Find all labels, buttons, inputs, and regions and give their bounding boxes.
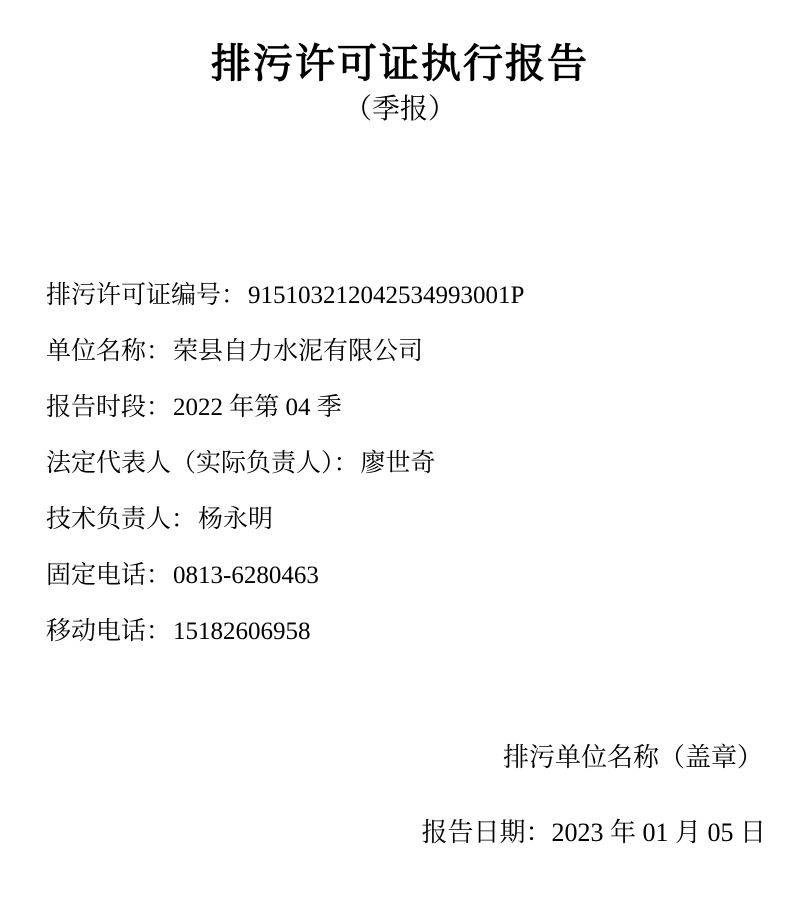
landline-phone-value: 0813-6280463 — [173, 562, 319, 589]
field-row-mobile-phone: 移动电话：15182606958 — [46, 604, 760, 660]
landline-phone-label: 固定电话： — [46, 562, 171, 589]
company-name-label: 单位名称： — [46, 338, 171, 365]
permit-number-value: 915103212042534993001P — [248, 282, 524, 309]
report-date-label: 报告日期： — [421, 818, 551, 847]
company-name-value: 荣县自力水泥有限公司 — [173, 338, 423, 365]
document-subtitle: （季报） — [0, 92, 800, 128]
report-date-line: 报告日期：2023 年 01 月 05 日 — [421, 816, 766, 850]
mobile-phone-label: 移动电话： — [46, 618, 171, 645]
report-date-value: 2023 年 01 月 05 日 — [551, 818, 766, 847]
field-row-permit-number: 排污许可证编号：915103212042534993001P — [46, 268, 760, 324]
field-list: 排污许可证编号：915103212042534993001P 单位名称：荣县自力… — [46, 268, 760, 660]
document-title: 排污许可证执行报告 — [0, 40, 800, 88]
field-row-legal-representative: 法定代表人（实际负责人）：廖世奇 — [46, 436, 760, 492]
technical-manager-value: 杨永明 — [198, 506, 273, 533]
unit-stamp-line: 排污单位名称（盖章） — [503, 741, 763, 775]
field-row-technical-manager: 技术负责人：杨永明 — [46, 492, 760, 548]
field-row-company-name: 单位名称：荣县自力水泥有限公司 — [46, 324, 760, 380]
legal-representative-value: 廖世奇 — [361, 450, 436, 477]
technical-manager-label: 技术负责人： — [46, 506, 196, 533]
permit-number-label: 排污许可证编号： — [46, 282, 246, 309]
field-row-landline-phone: 固定电话：0813-6280463 — [46, 548, 760, 604]
legal-representative-label: 法定代表人（实际负责人）： — [46, 450, 359, 477]
field-row-report-period: 报告时段：2022 年第 04 季 — [46, 380, 760, 436]
document-page: 排污许可证执行报告 （季报） 排污许可证编号：91510321204253499… — [0, 0, 800, 904]
report-period-label: 报告时段： — [46, 394, 171, 421]
mobile-phone-value: 15182606958 — [173, 618, 311, 645]
report-period-value: 2022 年第 04 季 — [173, 394, 342, 421]
